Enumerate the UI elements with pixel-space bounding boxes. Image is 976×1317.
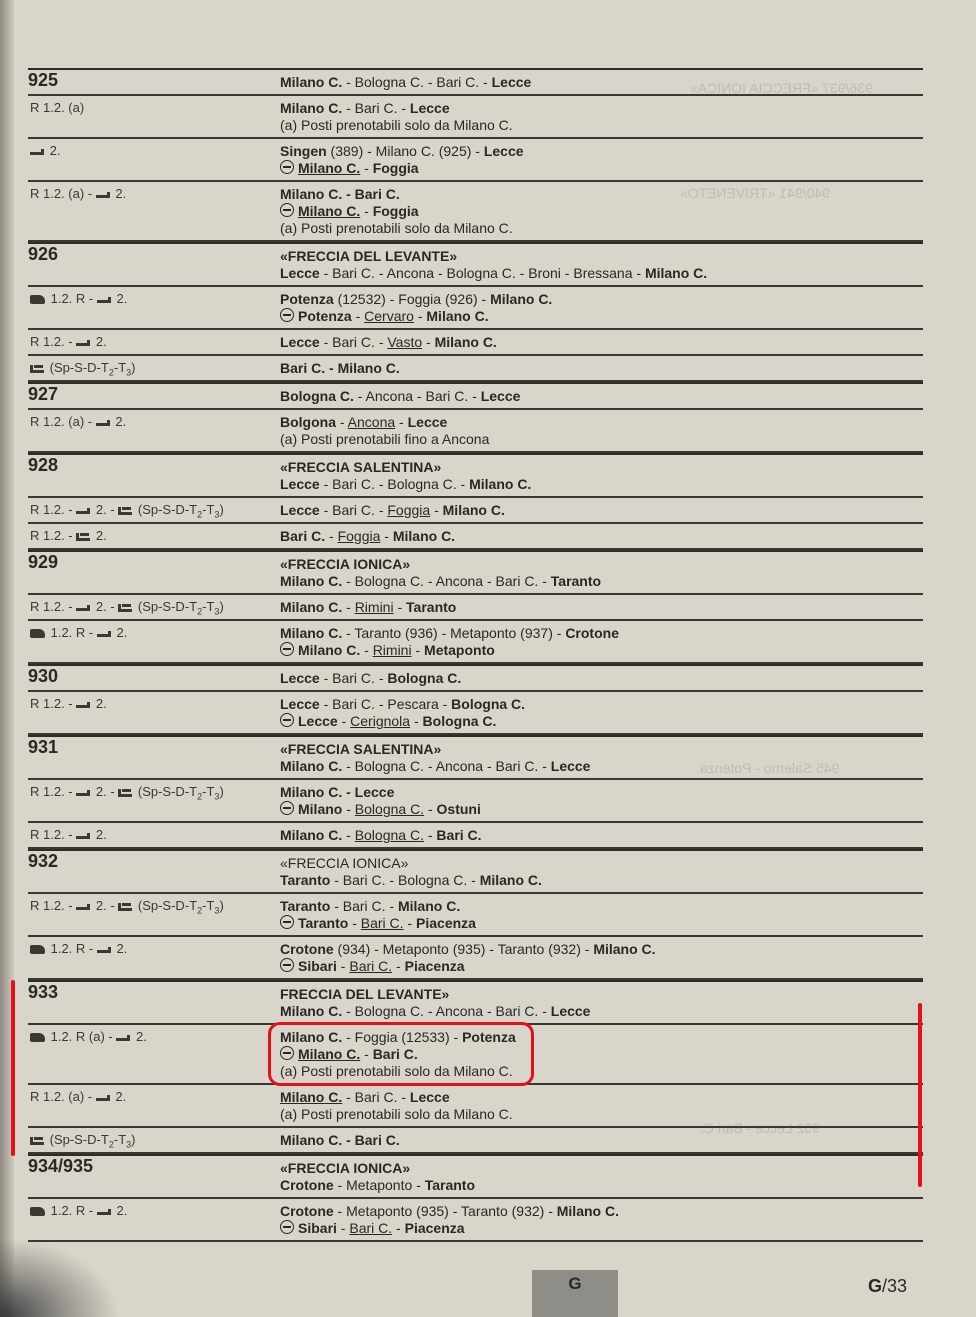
station-text: - Bari C. -: [342, 1089, 410, 1105]
route-line: Bari C. - Foggia - Milano C.: [280, 528, 923, 545]
page-number-prefix: G: [868, 1276, 882, 1296]
station-text: Bologna C.: [387, 670, 461, 686]
train-entry-header: 930Lecce - Bari C. - Bologna C.: [28, 664, 923, 692]
subscript: 3: [126, 368, 131, 378]
route-line: Lecce - Bari C. - Ancona - Bologna C. - …: [280, 265, 923, 282]
station-text: Bologna C.: [423, 713, 497, 729]
subscript: 2: [109, 368, 114, 378]
station-text: Milano C.: [298, 160, 360, 176]
through-coach-icon: [280, 160, 294, 174]
route-line: «FRECCIA SALENTINA»: [280, 741, 923, 758]
route-description: Milano C. - Bari C. - Lecce(a) Posti pre…: [280, 96, 923, 137]
station-text: - Bari C. - Bologna C. -: [330, 872, 479, 888]
sleeping-car-icon: [30, 1137, 44, 1145]
subscript: 3: [214, 906, 219, 916]
station-text: Milano C.: [298, 203, 360, 219]
route-line: Milano C. - Bologna C. - Ancona - Bari C…: [280, 758, 923, 775]
train-service-row: R 1.2. - 2. - (Sp-S-D-T2-T3)Milano C. - …: [28, 780, 923, 823]
service-classes: R 1.2. - 2. - (Sp-S-D-T2-T3): [30, 784, 224, 802]
through-coach-icon: [280, 642, 294, 656]
station-text: - Bari C. - Bologna C. -: [320, 476, 469, 492]
route-line: Sibari - Bari C. - Piacenza: [280, 958, 923, 975]
station-text: Foggia: [338, 528, 381, 544]
station-text: Milano C.: [557, 1203, 619, 1219]
station-text: - Bari C. - Pescara -: [320, 696, 451, 712]
train-number: 928: [28, 455, 58, 476]
route-description: Milano C. - Taranto (936) - Metaponto (9…: [280, 621, 923, 662]
route-line: Lecce - Bari C. - Foggia - Milano C.: [280, 502, 923, 519]
couchette-icon: [97, 297, 111, 303]
station-text: Milano C.: [280, 74, 342, 90]
station-text: -: [424, 827, 436, 843]
service-classes: R 1.2. (a) - 2.: [30, 414, 126, 429]
station-text: Potenza: [280, 291, 334, 307]
service-classes: 2.: [30, 143, 60, 158]
station-text: -: [394, 599, 406, 615]
route-line: Taranto - Bari C. - Piacenza: [280, 915, 923, 932]
route-description: Milano C. - Bari C.: [280, 1128, 923, 1152]
bus-coach-icon: [30, 1207, 45, 1216]
station-text: Lecce: [410, 1089, 450, 1105]
station-text: - Metaponto (935) - Taranto (932) -: [334, 1203, 557, 1219]
route-line: Milano C. - Lecce: [280, 784, 923, 801]
route-line: Potenza - Cervaro - Milano C.: [280, 308, 923, 325]
route-line: (a) Posti prenotabili solo da Milano C.: [280, 117, 923, 134]
station-text: Milano C.: [398, 898, 460, 914]
red-annotation-bar-left: [11, 980, 15, 1156]
route-line: Milano - Bologna C. - Ostuni: [280, 801, 923, 818]
station-text: Ostuni: [437, 801, 481, 817]
station-text: Potenza: [298, 308, 352, 324]
route-description: Crotone - Metaponto (935) - Taranto (932…: [280, 1199, 923, 1240]
station-text: Bari C.: [349, 1220, 392, 1236]
bus-coach-icon: [30, 295, 45, 304]
station-text: Lecce: [481, 388, 521, 404]
station-text: -: [342, 801, 354, 817]
station-text: -: [424, 801, 436, 817]
route-description: Milano C. - Bari C.Milano C. - Foggia(a)…: [280, 182, 923, 240]
service-classes: (Sp-S-D-T2-T3): [30, 1132, 136, 1150]
station-text: Milano C.: [280, 599, 342, 615]
bus-coach-icon: [30, 945, 45, 954]
couchette-icon: [96, 1095, 110, 1101]
station-text: Milano C.: [469, 476, 531, 492]
train-service-row: R 1.2. - 2. - (Sp-S-D-T2-T3)Lecce - Bari…: [28, 498, 923, 524]
red-annotation-box: [268, 1022, 534, 1086]
route-line: Milano C. - Bologna C. - Bari C. - Lecce: [280, 74, 923, 91]
train-service-row: 1.2. R - 2.Crotone - Metaponto (935) - T…: [28, 1199, 923, 1242]
route-description: «FRECCIA SALENTINA»Milano C. - Bologna C…: [280, 737, 923, 778]
route-line: Taranto - Bari C. - Bologna C. - Milano …: [280, 872, 923, 889]
train-service-row: (Sp-S-D-T2-T3)Bari C. - Milano C.: [28, 356, 923, 382]
station-text: Milano C.: [280, 573, 342, 589]
station-text: (a) Posti prenotabili solo da Milano C.: [280, 1106, 513, 1122]
station-text: Bologna C.: [280, 388, 354, 404]
station-text: Rimini: [373, 642, 412, 658]
station-text: Bari C.: [436, 827, 481, 843]
station-text: - Bari C. -: [342, 100, 410, 116]
station-text: Piacenza: [416, 915, 476, 931]
service-classes: 1.2. R - 2.: [30, 941, 127, 956]
route-description: Bologna C. - Ancona - Bari C. - Lecce: [280, 384, 923, 408]
station-text: Sibari: [298, 958, 337, 974]
station-text: Lecce: [408, 414, 448, 430]
station-text: «FRECCIA DEL LEVANTE»: [280, 248, 457, 264]
couchette-icon: [97, 1209, 111, 1215]
station-text: Milano C.: [280, 758, 342, 774]
route-line: Lecce - Bari C. - Bologna C. - Milano C.: [280, 476, 923, 493]
train-service-row: 2.Singen (389) - Milano C. (925) - Lecce…: [28, 139, 923, 182]
station-text: -: [380, 528, 392, 544]
station-text: Bari C.: [361, 915, 404, 931]
station-text: Milano C.: [280, 827, 342, 843]
station-text: Milano C.: [593, 941, 655, 957]
station-text: Lecce: [551, 758, 591, 774]
through-coach-icon: [280, 1220, 294, 1234]
subscript: 3: [214, 607, 219, 617]
station-text: Foggia: [387, 502, 430, 518]
station-text: Milano C.: [645, 265, 707, 281]
red-annotation-bar-right: [918, 1003, 922, 1187]
page-number: G/33: [868, 1276, 907, 1297]
station-text: Milano C.: [280, 100, 342, 116]
station-text: Taranto: [280, 898, 330, 914]
station-text: - Bologna C. - Bari C. -: [342, 74, 491, 90]
station-text: Milano C. - Bari C.: [280, 186, 400, 202]
route-line: Milano C. - Bologna C. - Ancona - Bari C…: [280, 573, 923, 590]
couchette-icon: [116, 1035, 130, 1041]
station-text: Lecce: [410, 100, 450, 116]
subscript: 2: [197, 607, 202, 617]
station-text: Bari C.: [280, 528, 325, 544]
station-text: «FRECCIA SALENTINA»: [280, 459, 441, 475]
service-classes: R 1.2. - 2.: [30, 696, 107, 711]
route-line: Lecce - Bari C. - Bologna C.: [280, 670, 923, 687]
service-classes: R 1.2. - 2.: [30, 528, 107, 543]
station-text: Milano C.: [426, 308, 488, 324]
station-text: Milano C.: [280, 1003, 342, 1019]
station-text: - Bari C. -: [320, 334, 388, 350]
station-text: Vasto: [387, 334, 422, 350]
service-classes: R 1.2. (a) - 2.: [30, 1089, 126, 1104]
station-text: -: [395, 414, 407, 430]
train-entry-header: 927Bologna C. - Ancona - Bari C. - Lecce: [28, 382, 923, 410]
station-text: - Ancona - Bari C. -: [354, 388, 481, 404]
bus-coach-icon: [30, 629, 45, 638]
station-text: - Bari C. -: [330, 898, 398, 914]
station-text: -: [392, 958, 404, 974]
train-number: 934/935: [28, 1156, 93, 1177]
station-text: -: [336, 414, 348, 430]
station-text: Metaponto: [424, 642, 495, 658]
station-text: Foggia: [373, 160, 419, 176]
station-text: Piacenza: [405, 1220, 465, 1236]
route-description: «FRECCIA IONICA»Crotone - Metaponto - Ta…: [280, 1156, 923, 1197]
train-number: 925: [28, 70, 58, 91]
train-service-row: R 1.2. (a)Milano C. - Bari C. - Lecce(a)…: [28, 96, 923, 139]
station-text: Lecce: [280, 502, 320, 518]
sleeping-car-icon: [118, 507, 132, 515]
train-entry-header: 934/935«FRECCIA IONICA»Crotone - Metapon…: [28, 1154, 923, 1199]
station-text: - Bari C. -: [320, 502, 388, 518]
station-text: Lecce: [492, 74, 532, 90]
train-service-row: (Sp-S-D-T2-T3)Milano C. - Bari C.: [28, 1128, 923, 1154]
station-text: -: [337, 1220, 349, 1236]
station-text: - Bologna C. - Ancona - Bari C. -: [342, 758, 551, 774]
couchette-icon: [76, 702, 90, 708]
station-text: -: [337, 958, 349, 974]
station-text: -: [422, 334, 434, 350]
through-coach-icon: [280, 713, 294, 727]
station-text: -: [360, 160, 372, 176]
route-line: «FRECCIA SALENTINA»: [280, 459, 923, 476]
subscript: 2: [197, 792, 202, 802]
train-entry-header: 928«FRECCIA SALENTINA»Lecce - Bari C. - …: [28, 453, 923, 498]
station-text: Lecce: [551, 1003, 591, 1019]
route-description: Milano C. - Bologna C. - Bari C.: [280, 823, 923, 847]
route-line: «FRECCIA IONICA»: [280, 556, 923, 573]
couchette-icon: [76, 340, 90, 346]
station-text: (12532) - Foggia (926) -: [334, 291, 490, 307]
station-text: Ancona: [348, 414, 395, 430]
station-text: Crotone: [280, 941, 334, 957]
route-line: Milano C. - Bari C.: [280, 1132, 923, 1149]
route-description: Bari C. - Milano C.: [280, 356, 923, 380]
route-description: Potenza (12532) - Foggia (926) - Milano …: [280, 287, 923, 328]
service-classes: R 1.2. - 2.: [30, 827, 107, 842]
route-line: (a) Posti prenotabili solo da Milano C.: [280, 1106, 923, 1123]
service-classes: 1.2. R - 2.: [30, 1203, 127, 1218]
couchette-icon: [76, 508, 90, 514]
station-text: - Bologna C. - Ancona - Bari C. -: [342, 573, 551, 589]
through-coach-icon: [280, 308, 294, 322]
station-text: Lecce: [280, 696, 320, 712]
station-text: Taranto: [280, 872, 330, 888]
station-text: Lecce: [280, 670, 320, 686]
route-description: «FRECCIA IONICA»Milano C. - Bologna C. -…: [280, 552, 923, 593]
through-coach-icon: [280, 958, 294, 972]
route-line: Milano C. - Bari C.: [280, 186, 923, 203]
train-service-row: R 1.2. - 2.Lecce - Bari C. - Pescara - B…: [28, 692, 923, 735]
couchette-icon: [96, 192, 110, 198]
station-text: Milano C.: [435, 334, 497, 350]
station-text: Milano C.: [480, 872, 542, 888]
sleeping-car-icon: [76, 533, 90, 541]
station-text: -: [348, 915, 360, 931]
route-line: Taranto - Bari C. - Milano C.: [280, 898, 923, 915]
route-description: Crotone (934) - Metaponto (935) - Tarant…: [280, 937, 923, 978]
station-text: (389) - Milano C. (925) -: [327, 143, 484, 159]
station-text: «FRECCIA IONICA»: [280, 1160, 410, 1176]
service-classes: R 1.2. - 2. - (Sp-S-D-T2-T3): [30, 599, 224, 617]
station-text: (a) Posti prenotabili solo da Milano C.: [280, 117, 513, 133]
route-description: «FRECCIA IONICA»Taranto - Bari C. - Bolo…: [280, 851, 923, 892]
page-number-value: /33: [882, 1276, 907, 1296]
train-service-row: R 1.2. (a) - 2.Milano C. - Bari C.Milano…: [28, 182, 923, 242]
through-coach-icon: [280, 203, 294, 217]
station-text: Milano C.: [393, 528, 455, 544]
couchette-icon: [97, 947, 111, 953]
station-text: Foggia: [373, 203, 419, 219]
route-line: «FRECCIA DEL LEVANTE»: [280, 248, 923, 265]
station-text: Taranto: [298, 915, 348, 931]
page-corner-shadow: [0, 1237, 120, 1317]
station-text: FRECCIA DEL LEVANTE»: [280, 986, 449, 1002]
train-service-row: R 1.2. (a) - 2.Milano C. - Bari C. - Lec…: [28, 1085, 923, 1128]
station-text: Cerignola: [350, 713, 410, 729]
station-text: Bologna C.: [355, 801, 424, 817]
route-line: Milano C. - Taranto (936) - Metaponto (9…: [280, 625, 923, 642]
sleeping-car-icon: [30, 365, 44, 373]
route-line: Bolgona - Ancona - Lecce: [280, 414, 923, 431]
route-line: Potenza (12532) - Foggia (926) - Milano …: [280, 291, 923, 308]
train-entry-header: 929«FRECCIA IONICA»Milano C. - Bologna C…: [28, 550, 923, 595]
route-description: Lecce - Bari C. - Bologna C.: [280, 666, 923, 690]
station-text: Lecce: [280, 476, 320, 492]
station-text: Lecce: [280, 334, 320, 350]
route-description: Bari C. - Foggia - Milano C.: [280, 524, 923, 548]
station-text: - Bari C. - Ancona - Bologna C. - Broni …: [320, 265, 645, 281]
station-text: Milano C.: [298, 642, 360, 658]
route-line: Lecce - Bari C. - Vasto - Milano C.: [280, 334, 923, 351]
station-text: (a) Posti prenotabili fino a Ancona: [280, 431, 489, 447]
station-text: Lecce: [280, 265, 320, 281]
service-classes: 1.2. R - 2.: [30, 291, 127, 306]
station-text: Crotone: [280, 1203, 334, 1219]
route-description: «FRECCIA SALENTINA»Lecce - Bari C. - Bol…: [280, 455, 923, 496]
route-line: Milano C. - Bologna C. - Ancona - Bari C…: [280, 1003, 923, 1020]
train-number: 930: [28, 666, 58, 687]
route-line: «FRECCIA IONICA»: [280, 855, 923, 872]
route-description: Lecce - Bari C. - Pescara - Bologna C.Le…: [280, 692, 923, 733]
train-number: 931: [28, 737, 58, 758]
subscript: 2: [197, 906, 202, 916]
route-description: Milano C. - Rimini - Taranto: [280, 595, 923, 619]
train-service-row: R 1.2. - 2.Milano C. - Bologna C. - Bari…: [28, 823, 923, 849]
route-line: Milano C. - Foggia: [280, 203, 923, 220]
station-text: - Bari C. -: [320, 670, 388, 686]
route-description: Taranto - Bari C. - Milano C.Taranto - B…: [280, 894, 923, 935]
sleeping-car-icon: [118, 789, 132, 797]
station-text: «FRECCIA IONICA»: [280, 556, 410, 572]
route-description: Milano C. - Bari C. - Lecce(a) Posti pre…: [280, 1085, 923, 1126]
station-text: Bologna C.: [355, 827, 424, 843]
station-text: -: [325, 528, 337, 544]
train-entry-header: 925Milano C. - Bologna C. - Bari C. - Le…: [28, 68, 923, 96]
station-text: -: [342, 827, 354, 843]
station-text: Milano C. - Bari C.: [280, 1132, 400, 1148]
station-text: Bari C. - Milano C.: [280, 360, 400, 376]
route-line: (a) Posti prenotabili fino a Ancona: [280, 431, 923, 448]
route-description: Lecce - Bari C. - Foggia - Milano C.: [280, 498, 923, 522]
train-number: 929: [28, 552, 58, 573]
route-line: Milano C. - Foggia: [280, 160, 923, 177]
train-service-row: 1.2. R - 2.Potenza (12532) - Foggia (926…: [28, 287, 923, 330]
station-text: Lecce: [484, 143, 524, 159]
service-classes: (Sp-S-D-T2-T3): [30, 360, 136, 378]
through-coach-icon: [280, 915, 294, 929]
route-line: FRECCIA DEL LEVANTE»: [280, 986, 923, 1003]
couchette-icon: [76, 904, 90, 910]
route-line: Lecce - Cerignola - Bologna C.: [280, 713, 923, 730]
route-line: Crotone - Metaponto (935) - Taranto (932…: [280, 1203, 923, 1220]
station-text: Milano: [298, 801, 342, 817]
station-text: «FRECCIA SALENTINA»: [280, 741, 441, 757]
station-text: Taranto: [406, 599, 456, 615]
service-classes: 1.2. R (a) - 2.: [30, 1029, 147, 1044]
station-text: Bologna C.: [451, 696, 525, 712]
service-classes: R 1.2. (a) - 2.: [30, 186, 126, 201]
station-text: Singen: [280, 143, 327, 159]
sleeping-car-icon: [118, 604, 132, 612]
station-text: Cervaro: [364, 308, 414, 324]
train-entry-header: 931«FRECCIA SALENTINA»Milano C. - Bologn…: [28, 735, 923, 780]
station-text: Milano C.: [280, 625, 342, 641]
route-line: Singen (389) - Milano C. (925) - Lecce: [280, 143, 923, 160]
couchette-icon: [97, 631, 111, 637]
station-text: Taranto: [425, 1177, 475, 1193]
train-entry-header: 932«FRECCIA IONICA»Taranto - Bari C. - B…: [28, 849, 923, 894]
route-line: Lecce - Bari C. - Pescara - Bologna C.: [280, 696, 923, 713]
couchette-icon: [30, 149, 44, 155]
station-text: Milano C.: [490, 291, 552, 307]
train-service-row: R 1.2. - 2.Lecce - Bari C. - Vasto - Mil…: [28, 330, 923, 356]
section-tab-label: G: [568, 1274, 581, 1293]
station-text: Rimini: [355, 599, 394, 615]
station-text: - Taranto (936) - Metaponto (937) -: [342, 625, 565, 641]
station-text: «FRECCIA IONICA»: [280, 855, 408, 871]
subscript: 2: [197, 510, 202, 520]
route-description: Singen (389) - Milano C. (925) - LecceMi…: [280, 139, 923, 180]
couchette-icon: [76, 605, 90, 611]
route-line: Bari C. - Milano C.: [280, 360, 923, 377]
service-classes: R 1.2. - 2.: [30, 334, 107, 349]
station-text: Milano C.: [443, 502, 505, 518]
station-text: (a) Posti prenotabili solo da Milano C.: [280, 220, 513, 236]
couchette-icon: [76, 833, 90, 839]
subscript: 2: [109, 1140, 114, 1150]
route-line: Sibari - Bari C. - Piacenza: [280, 1220, 923, 1237]
station-text: Bolgona: [280, 414, 336, 430]
station-text: - Bologna C. - Ancona - Bari C. -: [342, 1003, 551, 1019]
route-line: Milano C. - Rimini - Taranto: [280, 599, 923, 616]
station-text: Taranto: [551, 573, 601, 589]
subscript: 3: [214, 510, 219, 520]
bus-coach-icon: [30, 1033, 45, 1042]
couchette-icon: [76, 790, 90, 796]
station-text: Milano C.: [280, 1089, 342, 1105]
train-entry-header: 926«FRECCIA DEL LEVANTE»Lecce - Bari C. …: [28, 242, 923, 287]
station-text: -: [410, 713, 422, 729]
route-description: FRECCIA DEL LEVANTE»Milano C. - Bologna …: [280, 982, 923, 1023]
train-service-row: R 1.2. - 2. - (Sp-S-D-T2-T3)Taranto - Ba…: [28, 894, 923, 937]
station-text: -: [412, 642, 424, 658]
through-coach-icon: [280, 801, 294, 815]
service-classes: R 1.2. (a): [30, 100, 84, 115]
station-text: Piacenza: [405, 958, 465, 974]
train-service-row: R 1.2. (a) - 2.Bolgona - Ancona - Lecce(…: [28, 410, 923, 453]
route-line: «FRECCIA IONICA»: [280, 1160, 923, 1177]
route-line: Crotone (934) - Metaponto (935) - Tarant…: [280, 941, 923, 958]
train-service-row: R 1.2. - 2. - (Sp-S-D-T2-T3)Milano C. - …: [28, 595, 923, 621]
couchette-icon: [96, 420, 110, 426]
route-line: Crotone - Metaponto - Taranto: [280, 1177, 923, 1194]
station-text: - Metaponto -: [334, 1177, 425, 1193]
route-description: Milano C. - Bologna C. - Bari C. - Lecce: [280, 70, 923, 94]
station-text: Crotone: [565, 625, 619, 641]
train-number: 926: [28, 244, 58, 265]
route-line: Milano C. - Bari C. - Lecce: [280, 100, 923, 117]
